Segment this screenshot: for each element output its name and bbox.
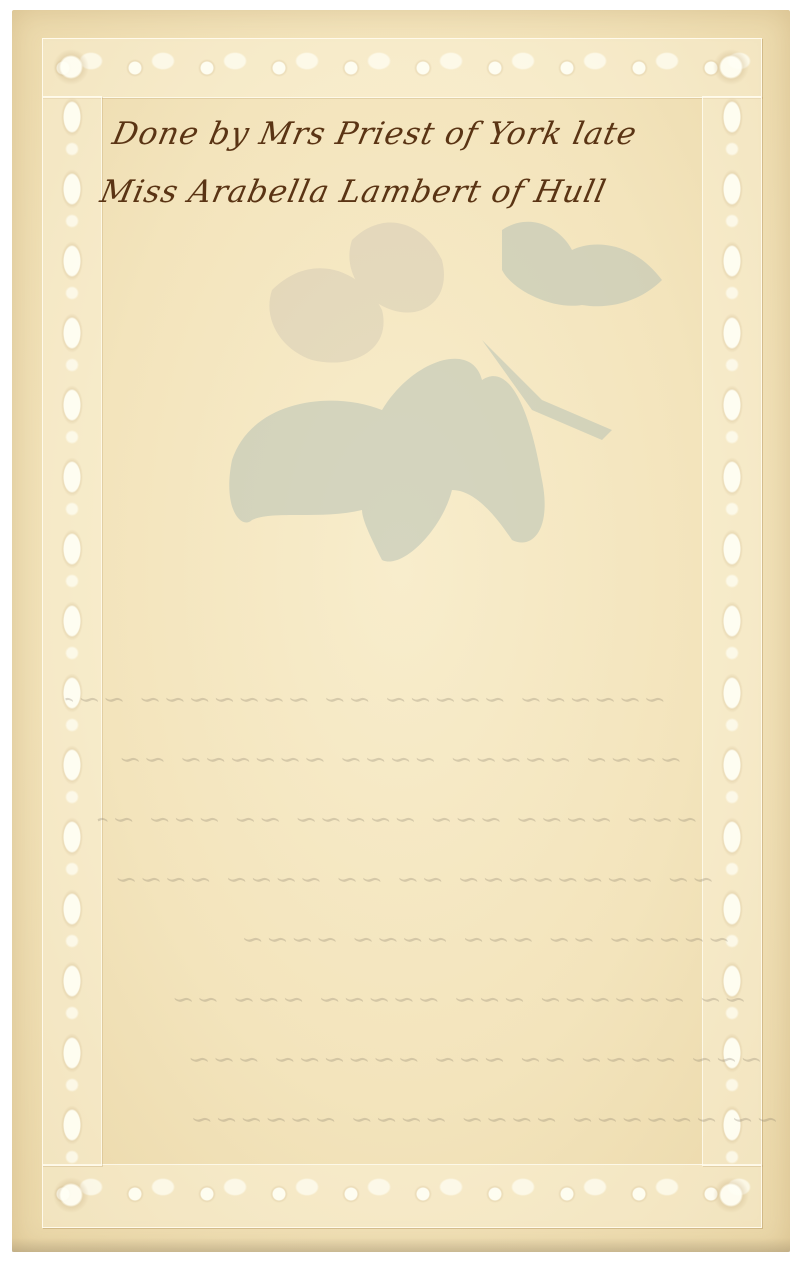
bleed-line: ~~~ ~~~~ ~~ ~~~ ~~~~~~ ~~~ (154, 1030, 770, 1090)
bleed-line: ~~~ ~~~~ ~~~ ~~~~~ ~~ ~~~ ~~ (90, 790, 706, 850)
bleed-line: ~~ ~~~~~~ ~~~~ ~~~~ ~~~~~~ (170, 1090, 786, 1150)
bleed-line: ~~~~~~ ~~~~~ ~~ ~~~~~~~ ~~~ (58, 670, 674, 730)
handwritten-inscription: Done by Mrs Priest of York late Miss Ara… (95, 105, 740, 221)
inscription-line-2: Miss Arabella Lambert of Hull (95, 163, 727, 221)
faded-iris-illustration (212, 210, 672, 570)
bleed-line: ~~ ~~~~~~~~ ~~ ~~ ~~~~ ~~~~ (106, 850, 722, 910)
bleed-line: ~~~~ ~~~~~ ~~~~ ~~~~~~ ~~ (74, 730, 690, 790)
document-page: ~~~~~~ ~~~~~ ~~ ~~~~~~~ ~~~ ~~~~ ~~~~~ ~… (12, 10, 790, 1252)
bleed-line: ~~~~~ ~~ ~~~ ~~~~ ~~~~ (122, 910, 738, 970)
bleed-through-text: ~~~~~~ ~~~~~ ~~ ~~~~~~~ ~~~ ~~~~ ~~~~~ ~… (58, 670, 787, 1150)
bleed-line: ~~ ~~~~~~ ~~~ ~~~~~ ~~~ ~~ (138, 970, 754, 1030)
inscription-line-1: Done by Mrs Priest of York late (107, 105, 739, 163)
